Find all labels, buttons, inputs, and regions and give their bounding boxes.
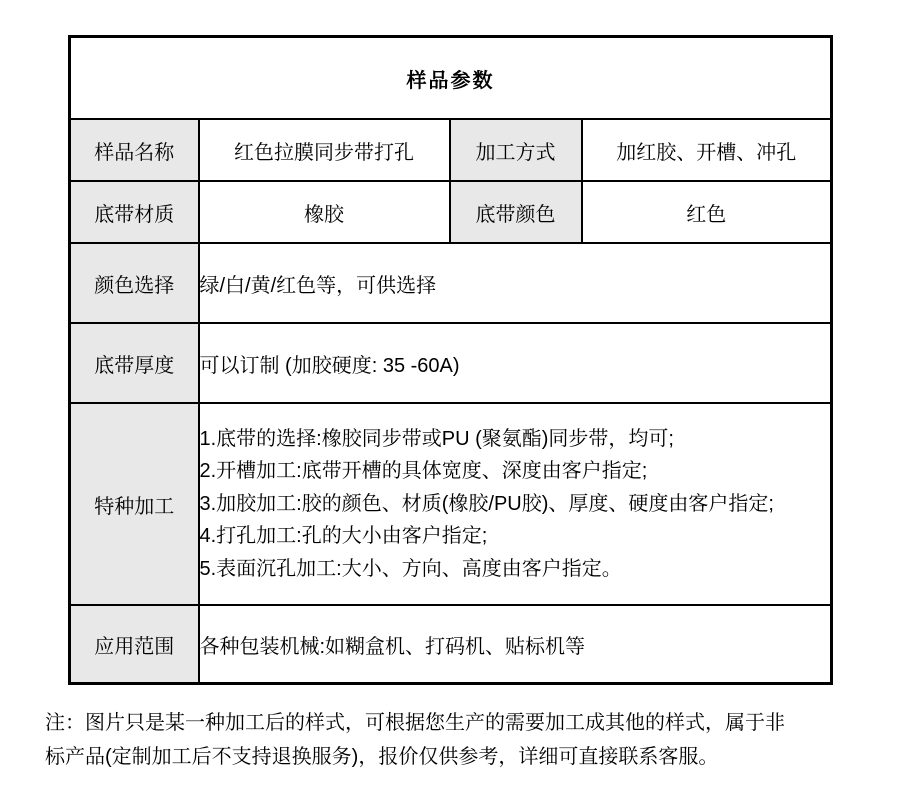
label-special-processing: 特种加工	[70, 403, 199, 605]
label-processing-method: 加工方式	[450, 119, 582, 181]
spec-line: 1.底带的选择:橡胶同步带或PU (聚氨酯)同步带，均可;	[200, 423, 831, 456]
value-application-scope: 各种包装机械:如糊盒机、打码机、贴标机等	[199, 605, 832, 684]
title-row: 样品参数	[70, 37, 832, 120]
label-base-color: 底带颜色	[450, 181, 582, 243]
label-sample-name: 样品名称	[70, 119, 199, 181]
spec-table: 样品参数 样品名称 红色拉膜同步带打孔 加工方式 加红胶、开槽、冲孔 底带材质 …	[68, 35, 833, 685]
page-title: 样品参数	[70, 37, 832, 120]
value-color-options: 绿/白/黄/红色等，可供选择	[199, 243, 832, 323]
spec-line: 4.打孔加工:孔的大小由客户指定;	[200, 520, 831, 553]
table-row-color-options: 颜色选择 绿/白/黄/红色等，可供选择	[70, 243, 832, 323]
label-application-scope: 应用范围	[70, 605, 199, 684]
value-special-processing: 1.底带的选择:橡胶同步带或PU (聚氨酯)同步带，均可; 2.开槽加工:底带开…	[199, 403, 832, 605]
table-row-sample-name: 样品名称 红色拉膜同步带打孔 加工方式 加红胶、开槽、冲孔	[70, 119, 832, 181]
label-color-options: 颜色选择	[70, 243, 199, 323]
footnote-line: 标产品(定制加工后不支持退换服务)，报价仅供参考，详细可直接联系客服。	[45, 740, 857, 774]
value-base-thickness: 可以订制 (加胶硬度: 35 -60A)	[199, 323, 832, 403]
page: 样品参数 样品名称 红色拉膜同步带打孔 加工方式 加红胶、开槽、冲孔 底带材质 …	[0, 0, 900, 797]
spec-line: 3.加胶加工:胶的颜色、材质(橡胶/PU胶)、厚度、硬度由客户指定;	[200, 488, 831, 521]
table-row-base-material: 底带材质 橡胶 底带颜色 红色	[70, 181, 832, 243]
value-base-material: 橡胶	[199, 181, 450, 243]
value-sample-name: 红色拉膜同步带打孔	[199, 119, 450, 181]
table-row-application-scope: 应用范围 各种包装机械:如糊盒机、打码机、贴标机等	[70, 605, 832, 684]
label-base-thickness: 底带厚度	[70, 323, 199, 403]
value-base-color: 红色	[582, 181, 832, 243]
spec-line: 2.开槽加工:底带开槽的具体宽度、深度由客户指定;	[200, 455, 831, 488]
table-row-base-thickness: 底带厚度 可以订制 (加胶硬度: 35 -60A)	[70, 323, 832, 403]
special-processing-lines: 1.底带的选择:橡胶同步带或PU (聚氨酯)同步带，均可; 2.开槽加工:底带开…	[200, 423, 831, 586]
spec-line: 5.表面沉孔加工:大小、方向、高度由客户指定。	[200, 553, 831, 586]
label-base-material: 底带材质	[70, 181, 199, 243]
table-row-special-processing: 特种加工 1.底带的选择:橡胶同步带或PU (聚氨酯)同步带，均可; 2.开槽加…	[70, 403, 832, 605]
footnote: 注：图片只是某一种加工后的样式，可根据您生产的需要加工成其他的样式，属于非 标产…	[45, 706, 857, 774]
footnote-line: 注：图片只是某一种加工后的样式，可根据您生产的需要加工成其他的样式，属于非	[45, 706, 857, 740]
value-processing-method: 加红胶、开槽、冲孔	[582, 119, 832, 181]
